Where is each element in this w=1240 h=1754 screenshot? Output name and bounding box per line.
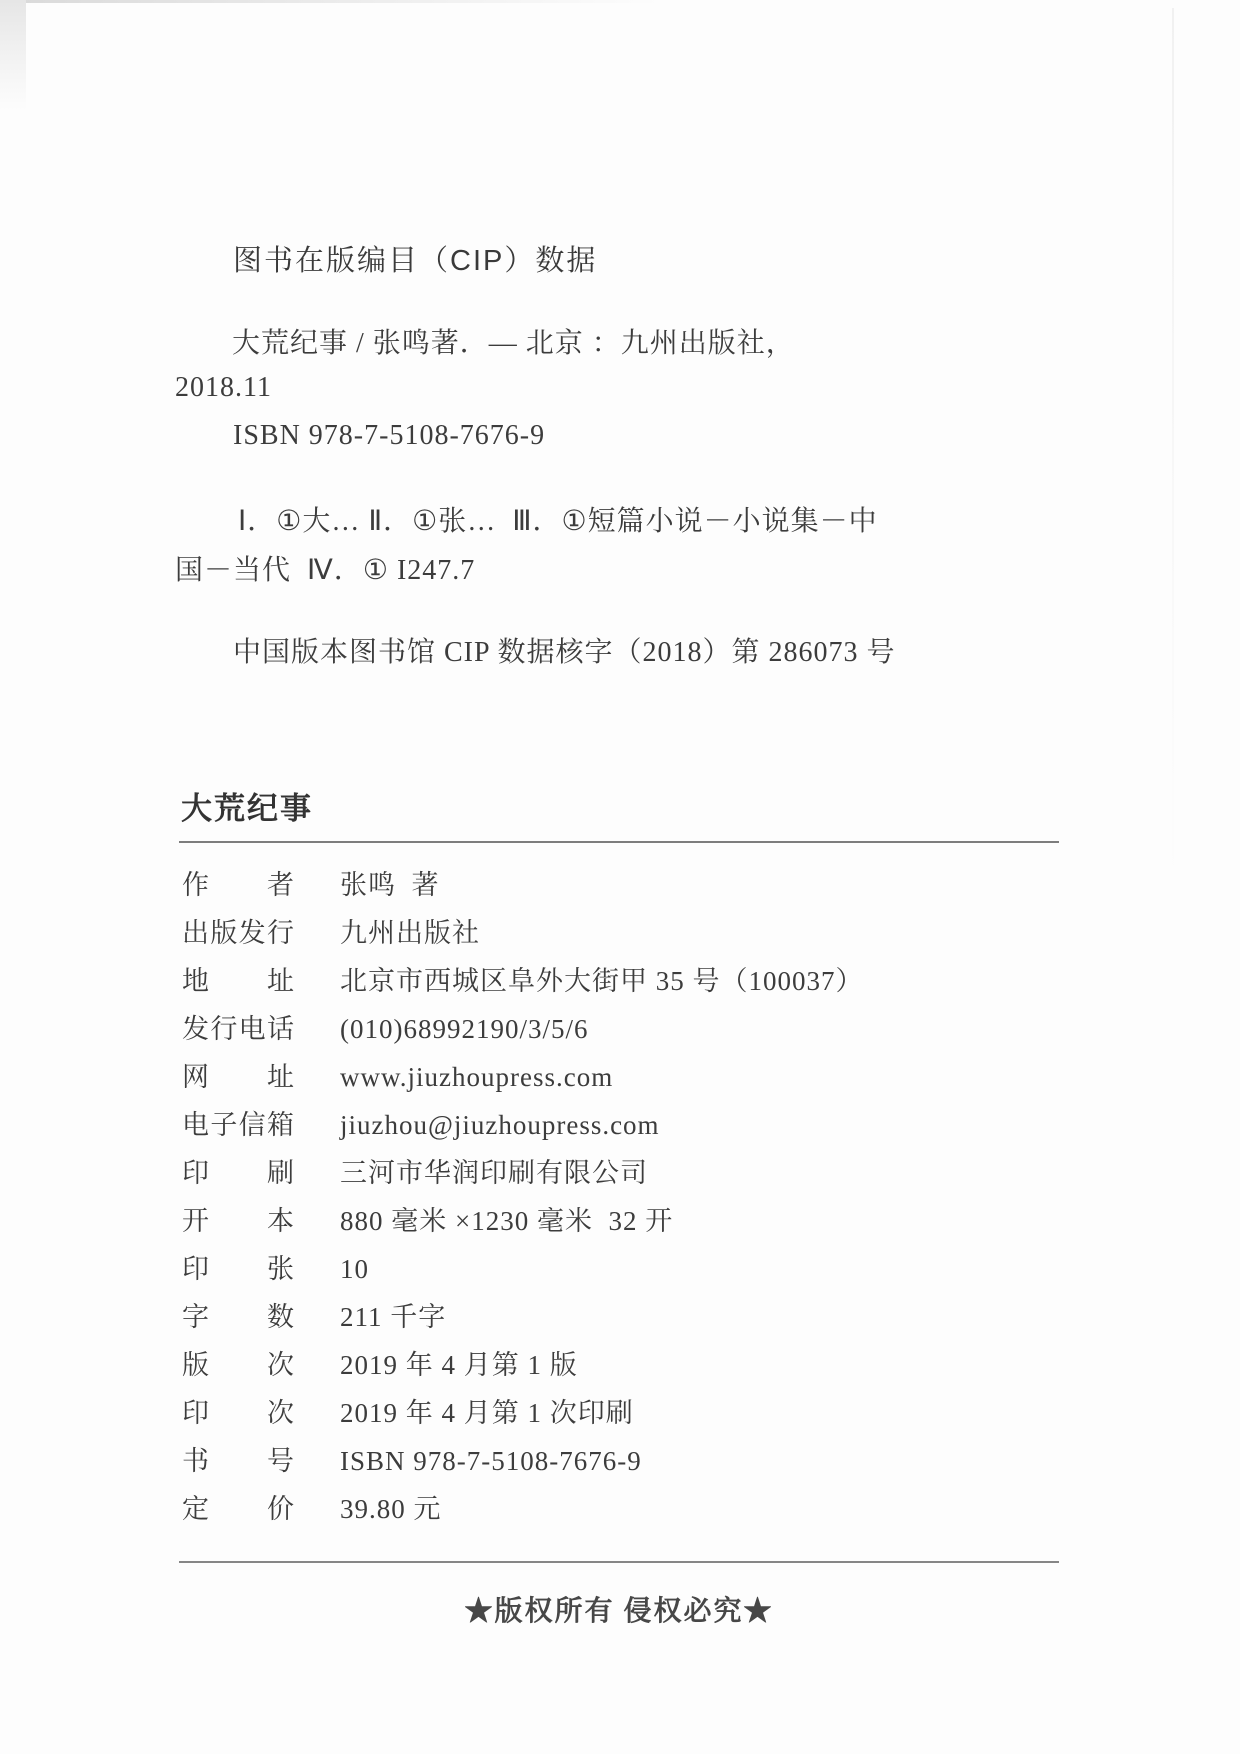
row-label: 印次	[182, 1389, 294, 1437]
row-label: 网址	[182, 1053, 294, 1101]
row-label: 字数	[182, 1293, 294, 1341]
row-value: ISBN 978-7-5108-7676-9	[340, 1437, 642, 1485]
row-value: 2019 年 4 月第 1 版	[340, 1341, 578, 1389]
row-value: 北京市西城区阜外大街甲 35 号（100037）	[340, 957, 864, 1005]
row-label: 作者	[182, 861, 294, 909]
row-label: 定价	[182, 1485, 294, 1533]
row-label: 开本	[182, 1197, 294, 1245]
colophon-table: 作者张鸣 著 出版发行九州出版社 地址北京市西城区阜外大街甲 35 号（1000…	[182, 861, 864, 1533]
row-value: jiuzhou@jiuzhoupress.com	[340, 1101, 660, 1149]
table-row: 定价39.80 元	[182, 1485, 864, 1533]
table-row: 电子信箱jiuzhou@jiuzhoupress.com	[182, 1101, 864, 1149]
cip-classification-line-2: 国－当代 Ⅳ．① I247.7	[175, 548, 475, 588]
scan-edge-top	[0, 0, 660, 3]
row-label: 书号	[182, 1437, 294, 1485]
divider-bottom-rule	[179, 1561, 1059, 1563]
table-row: 地址北京市西城区阜外大街甲 35 号（100037）	[182, 957, 864, 1005]
row-label: 发行电话	[182, 1005, 294, 1053]
row-value: 三河市华润印刷有限公司	[340, 1149, 648, 1197]
row-label: 电子信箱	[182, 1101, 294, 1149]
table-row: 书号ISBN 978-7-5108-7676-9	[182, 1437, 864, 1485]
row-value: 39.80 元	[340, 1485, 442, 1533]
row-value: 九州出版社	[340, 909, 480, 957]
row-value: www.jiuzhoupress.com	[340, 1053, 613, 1101]
copyright-notice: ★版权所有 侵权必究★	[179, 1589, 1059, 1629]
cip-classification-line-1: Ⅰ．①大… Ⅱ．①张… Ⅲ．①短篇小说－小说集－中	[238, 499, 878, 539]
cip-heading: 图书在版编目（CIP）数据	[233, 238, 597, 279]
table-row: 作者张鸣 著	[182, 861, 864, 909]
book-copyright-page: 图书在版编目（CIP）数据 大荒纪事 / 张鸣著．— 北京 ：九州出版社， 20…	[0, 0, 1240, 1754]
row-value: 2019 年 4 月第 1 次印刷	[340, 1389, 634, 1437]
cip-record-line-1: 大荒纪事 / 张鸣著．— 北京 ：九州出版社，	[232, 321, 795, 361]
cip-isbn-line: ISBN 978-7-5108-7676-9	[233, 420, 545, 452]
table-row: 发行电话(010)68992190/3/5/6	[182, 1005, 864, 1053]
row-value: 张鸣 著	[340, 861, 440, 909]
scan-edge-left	[0, 0, 26, 110]
row-value: (010)68992190/3/5/6	[340, 1005, 589, 1053]
row-label: 出版发行	[182, 909, 294, 957]
table-row: 开本880 毫米 ×1230 毫米 32 开	[182, 1197, 864, 1245]
row-label: 印刷	[182, 1149, 294, 1197]
table-row: 网址www.jiuzhoupress.com	[182, 1053, 864, 1101]
row-value: 10	[340, 1245, 369, 1293]
cip-record-line-2: 2018.11	[175, 372, 272, 404]
table-row: 印刷三河市华润印刷有限公司	[182, 1149, 864, 1197]
row-value: 211 千字	[340, 1293, 446, 1341]
row-label: 印张	[182, 1245, 294, 1293]
scan-edge-right	[1172, 8, 1174, 888]
table-row: 印张10	[182, 1245, 864, 1293]
row-label: 版次	[182, 1341, 294, 1389]
table-row: 出版发行九州出版社	[182, 909, 864, 957]
row-label: 地址	[182, 957, 294, 1005]
divider-top-rule	[179, 841, 1059, 843]
table-row: 字数211 千字	[182, 1293, 864, 1341]
book-title: 大荒纪事	[181, 783, 313, 828]
table-row: 印次2019 年 4 月第 1 次印刷	[182, 1389, 864, 1437]
table-row: 版次2019 年 4 月第 1 版	[182, 1341, 864, 1389]
row-value: 880 毫米 ×1230 毫米 32 开	[340, 1197, 673, 1245]
cip-verification-line: 中国版本图书馆 CIP 数据核字（2018）第 286073 号	[233, 630, 896, 670]
